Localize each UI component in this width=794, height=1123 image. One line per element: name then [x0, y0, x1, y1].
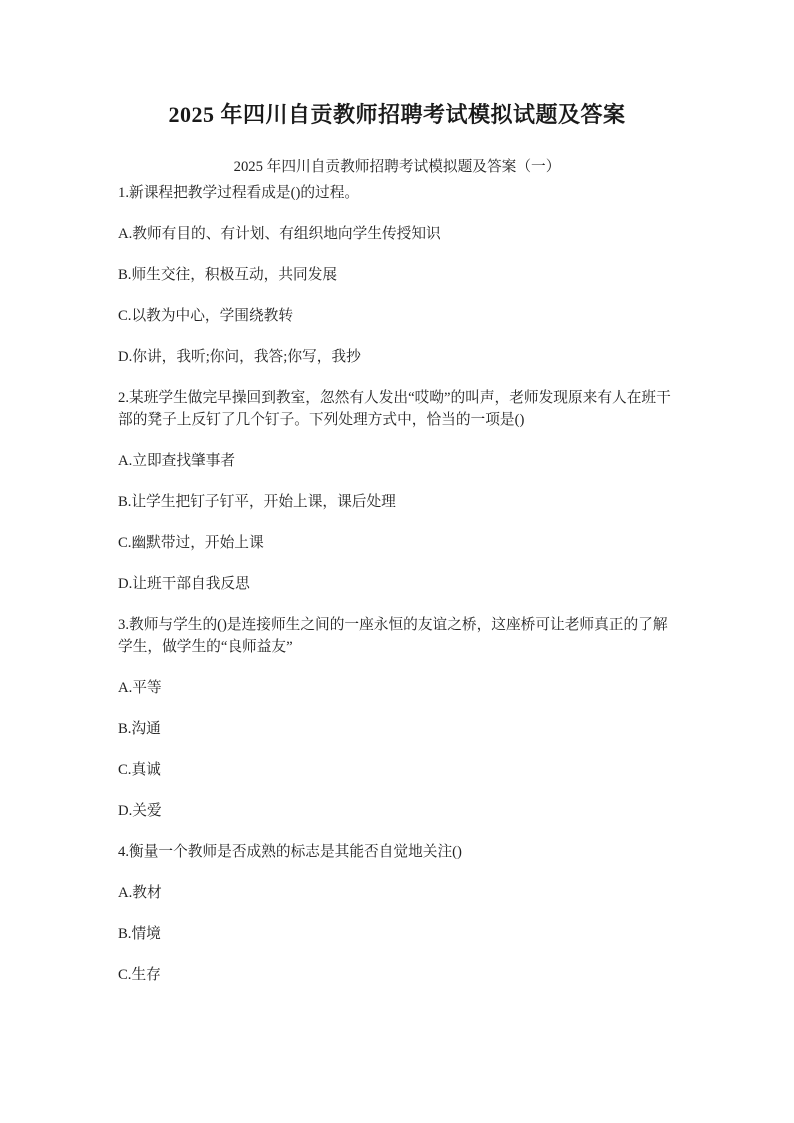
question-block-3: 3.教师与学生的()是连接师生之间的一座永恒的友谊之桥，这座桥可让老师真正的了解…	[118, 614, 676, 822]
document-page: 2025 年四川自贡教师招聘考试模拟试题及答案 2025 年四川自贡教师招聘考试…	[0, 0, 794, 1123]
question-2-option-c: C.幽默带过，开始上课	[118, 532, 676, 554]
question-4-text: 4.衡量一个教师是否成熟的标志是其能否自觉地关注()	[118, 841, 676, 863]
question-4-option-c: C.生存	[118, 964, 676, 986]
question-2-option-a: A.立即查找肇事者	[118, 450, 676, 472]
question-1-option-b: B.师生交往，积极互动，共同发展	[118, 264, 676, 286]
document-subtitle: 2025 年四川自贡教师招聘考试模拟题及答案（一）	[118, 156, 676, 178]
question-2-option-d: D.让班干部自我反思	[118, 573, 676, 595]
question-3-text: 3.教师与学生的()是连接师生之间的一座永恒的友谊之桥，这座桥可让老师真正的了解…	[118, 614, 676, 658]
question-block-4: 4.衡量一个教师是否成熟的标志是其能否自觉地关注() A.教材 B.情境 C.生…	[118, 841, 676, 986]
question-3-option-d: D.关爱	[118, 800, 676, 822]
question-3-option-b: B.沟通	[118, 718, 676, 740]
question-2-option-b: B.让学生把钉子钉平，开始上课，课后处理	[118, 491, 676, 513]
question-1-option-a: A.教师有目的、有计划、有组织地向学生传授知识	[118, 223, 676, 245]
question-1-option-c: C.以教为中心，学围绕教转	[118, 305, 676, 327]
question-3-option-c: C.真诚	[118, 759, 676, 781]
question-1-option-d: D.你讲，我听;你问，我答;你写，我抄	[118, 346, 676, 368]
question-block-2: 2.某班学生做完早操回到教室，忽然有人发出“哎呦”的叫声，老师发现原来有人在班干…	[118, 387, 676, 595]
question-3-option-a: A.平等	[118, 677, 676, 699]
question-4-option-b: B.情境	[118, 923, 676, 945]
question-4-option-a: A.教材	[118, 882, 676, 904]
question-2-text: 2.某班学生做完早操回到教室，忽然有人发出“哎呦”的叫声，老师发现原来有人在班干…	[118, 387, 676, 431]
question-1-text: 1.新课程把教学过程看成是()的过程。	[118, 182, 676, 204]
question-block-1: 1.新课程把教学过程看成是()的过程。 A.教师有目的、有计划、有组织地向学生传…	[118, 182, 676, 368]
document-title: 2025 年四川自贡教师招聘考试模拟试题及答案	[118, 100, 676, 130]
